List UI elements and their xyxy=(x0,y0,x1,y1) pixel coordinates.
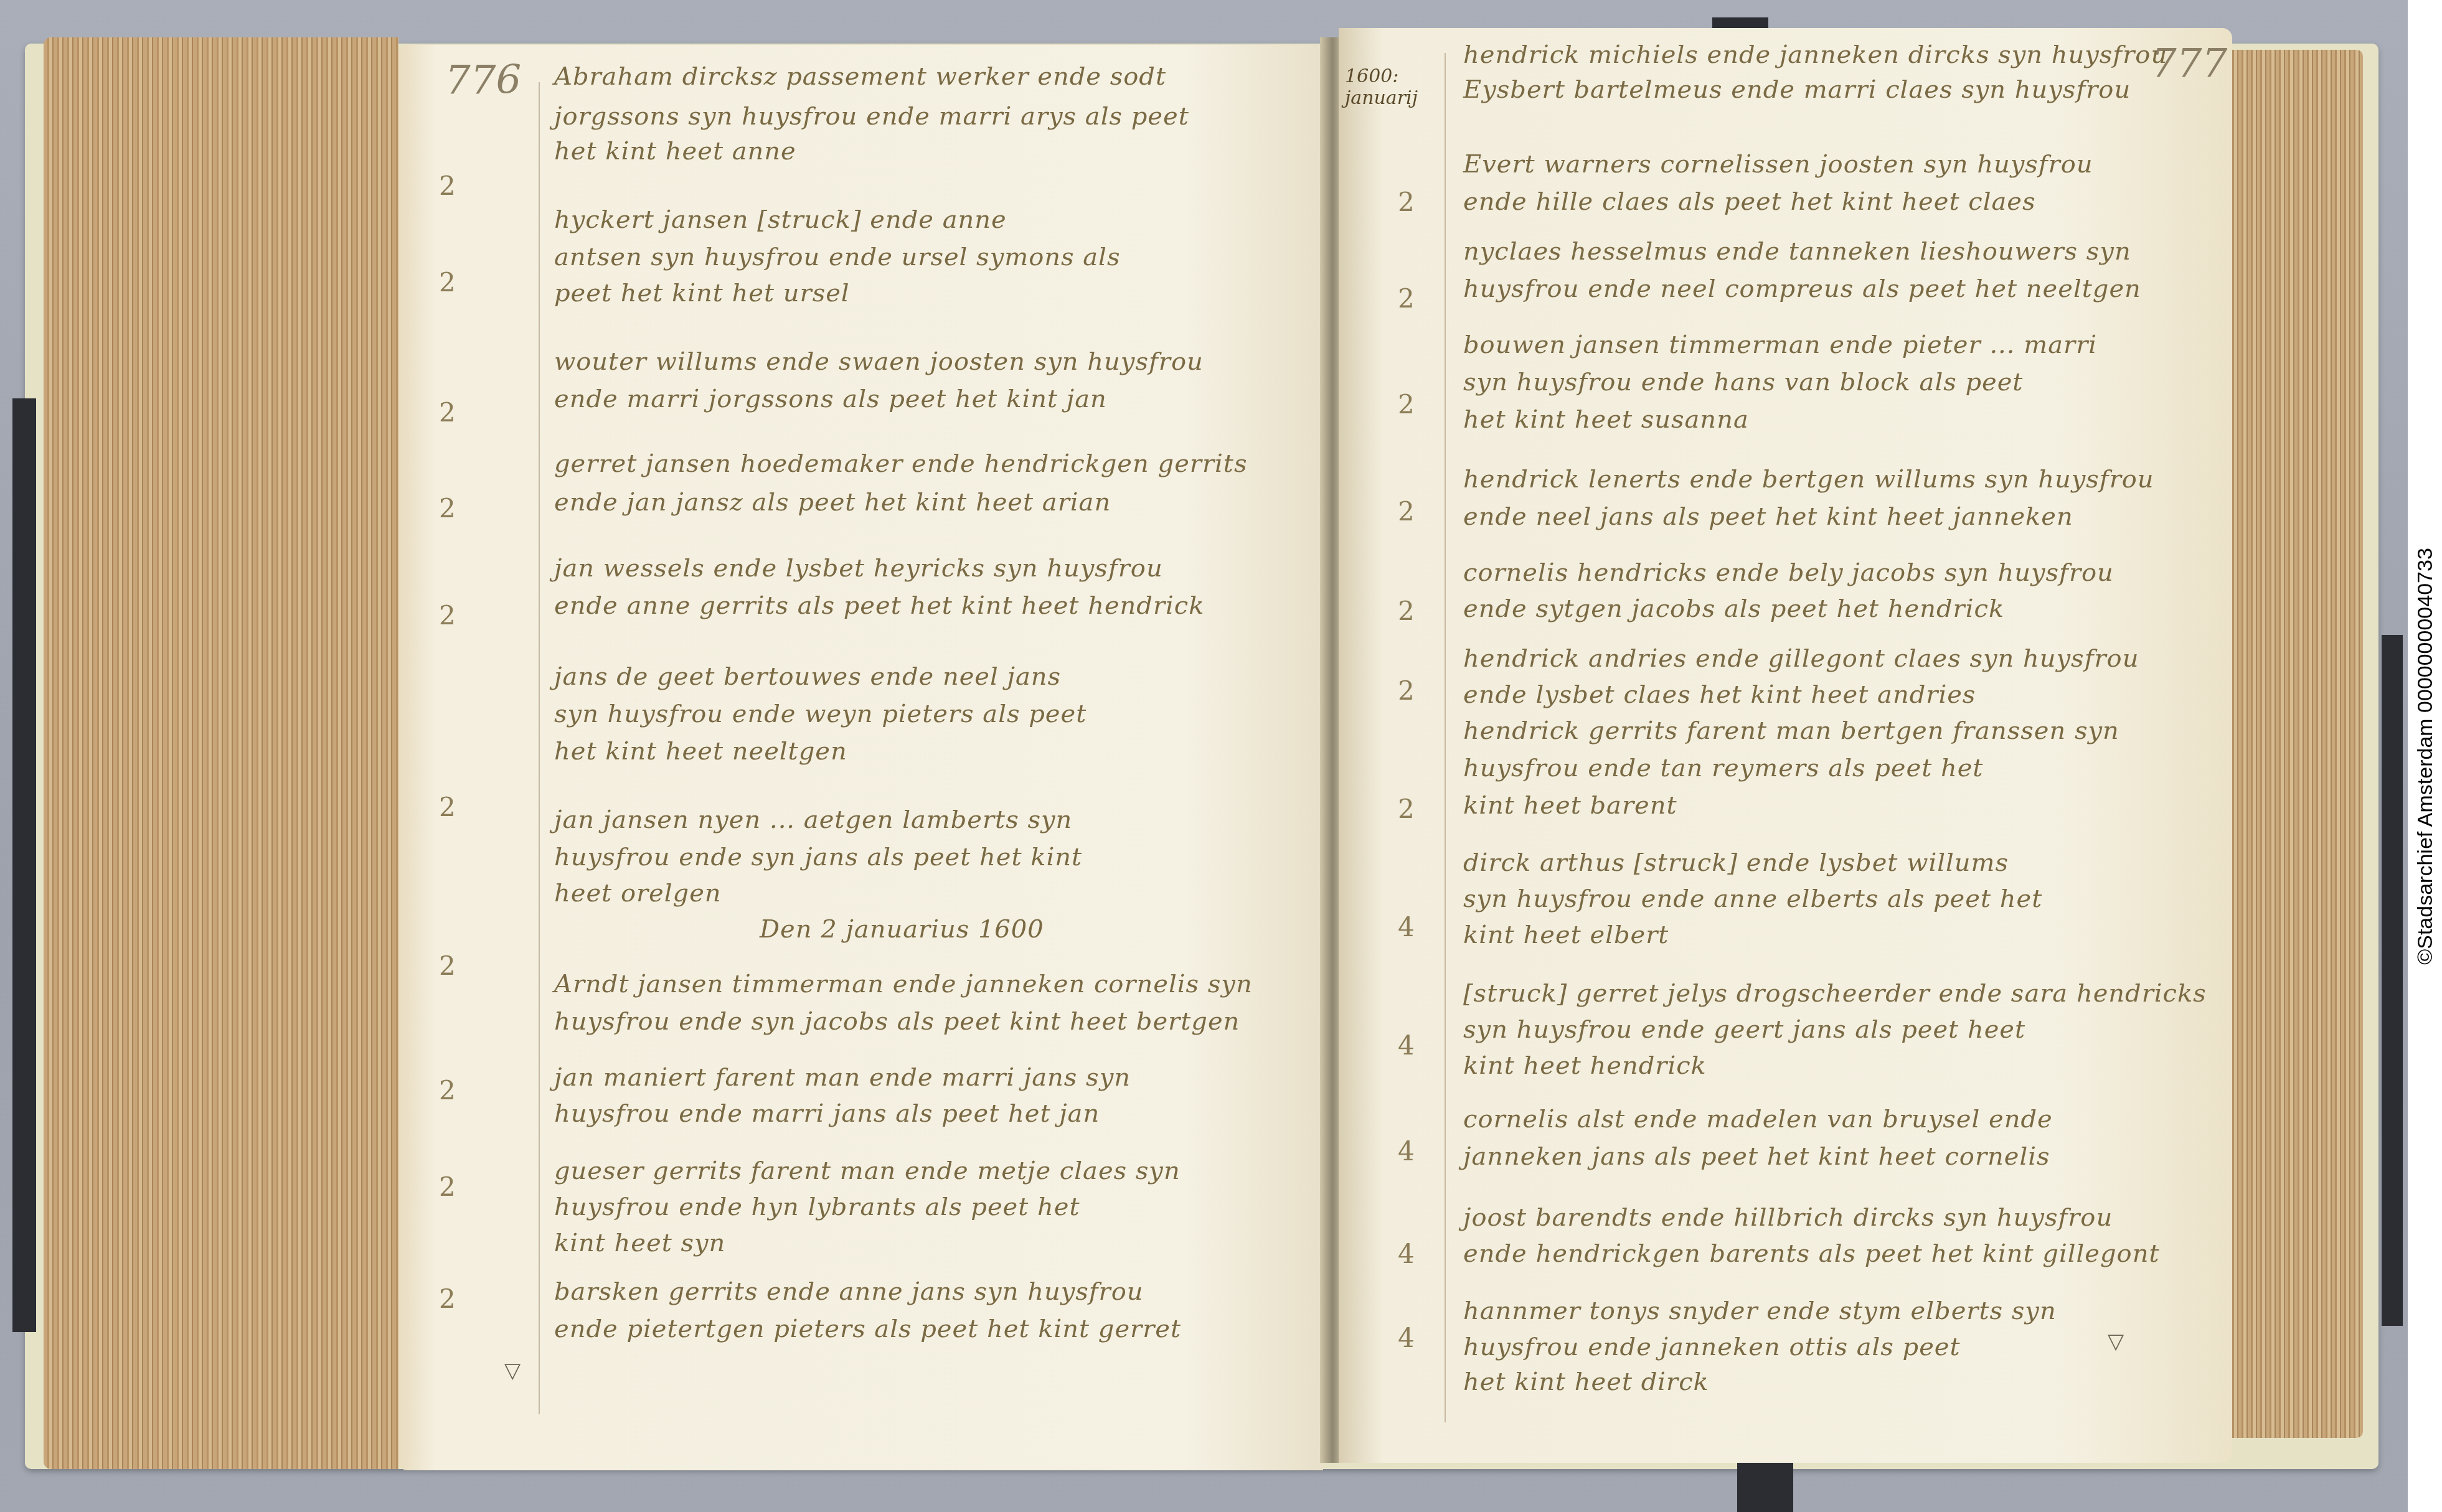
entry-line: nyclaes hesselmus ende tanneken lieshouw… xyxy=(1463,237,2131,266)
entry-line: barsken gerrits ende anne jans syn huysf… xyxy=(554,1277,1144,1306)
entry-line: cornelis alst ende madelen van bruysel e… xyxy=(1463,1105,2053,1134)
entry-line: Evert warners cornelissen joosten syn hu… xyxy=(1463,150,2093,179)
entry-line: syn huysfrou ende geert jans als peet he… xyxy=(1463,1015,2025,1044)
entry-line: kint heet syn xyxy=(554,1229,725,1257)
entry-line: syn huysfrou ende weyn pieters als peet xyxy=(554,700,1087,728)
copyright-strip: ©Stadsarchief Amsterdam 00000000040733 xyxy=(2408,0,2442,1512)
entry-line: het kint heet susanna xyxy=(1463,405,1749,434)
triangle-mark: ▽ xyxy=(2108,1329,2124,1354)
left-folio-number: 776 xyxy=(445,57,521,103)
right-page: 1600: januarij 777 2 2 2 2 2 2 2 4 4 4 4… xyxy=(1339,28,2232,1463)
entry-line: ende pietertgen pieters als peet het kin… xyxy=(554,1315,1181,1343)
entry-line: peet het kint het ursel xyxy=(554,279,850,308)
entry-line: heet orelgen xyxy=(554,879,722,908)
entry-line: syn huysfrou ende anne elberts als peet … xyxy=(1463,885,2042,913)
entry-line: jan wessels ende lysbet heyricks syn huy… xyxy=(554,554,1163,583)
entry-line: kint heet barent xyxy=(1463,791,1677,820)
entry-line: ende lysbet claes het kint heet andries xyxy=(1463,680,1976,709)
entry-line: hendrick lenerts ende bertgen willums sy… xyxy=(1463,465,2154,494)
entry-line: wouter willums ende swaen joosten syn hu… xyxy=(554,347,1204,376)
entry-line: het kint heet dirck xyxy=(1463,1368,1709,1396)
entry-line: hannmer tonys snyder ende stym elberts s… xyxy=(1463,1297,2057,1325)
entry-line: ende sytgen jacobs als peet het hendrick xyxy=(1463,594,2004,623)
date-heading: Den 2 januarius 1600 xyxy=(760,915,1044,944)
entry-line: hendrick gerrits farent man bertgen fran… xyxy=(1463,716,2119,745)
entry-line: huysfrou ende marri jans als peet het ja… xyxy=(554,1099,1100,1128)
entry-line: hendrick michiels ende janneken dircks s… xyxy=(1463,40,2167,69)
entry-line: huysfrou ende syn jans als peet het kint xyxy=(554,843,1082,871)
entry-line: kint heet elbert xyxy=(1463,921,1669,949)
entry-line: syn huysfrou ende hans van block als pee… xyxy=(1463,368,2023,397)
entry-line: antsen syn huysfrou ende ursel symons al… xyxy=(554,243,1120,271)
entry-line: Eysbert bartelmeus ende marri claes syn … xyxy=(1463,75,2131,104)
entry-line: huysfrou ende janneken ottis als peet xyxy=(1463,1333,1961,1361)
right-margin-rule xyxy=(1445,53,1446,1422)
entry-line: ende anne gerrits als peet het kint heet… xyxy=(554,591,1205,620)
entry-line: dirck arthus [struck] ende lysbet willum… xyxy=(1463,848,2009,877)
entry-line: hyckert jansen [struck] ende anne xyxy=(554,205,1007,234)
entry-line: hendrick andries ende gillegont claes sy… xyxy=(1463,644,2139,673)
entry-line: ende neel jans als peet het kint heet ja… xyxy=(1463,502,2073,531)
entry-line: gueser gerrits farent man ende metje cla… xyxy=(554,1157,1181,1185)
entry-line: bouwen jansen timmerman ende pieter ... … xyxy=(1463,331,2097,359)
entry-line: jans de geet bertouwes ende neel jans xyxy=(554,662,1061,691)
entry-line: ende hendrickgen barents als peet het ki… xyxy=(1463,1239,2159,1268)
left-margin-rule xyxy=(539,82,540,1414)
entry-line: ende jan jansz als peet het kint heet ar… xyxy=(554,488,1111,517)
entry-line: janneken jans als peet het kint heet cor… xyxy=(1463,1142,2050,1171)
right-strap xyxy=(2382,635,2403,1326)
entry-line: het kint heet anne xyxy=(554,137,796,166)
entry-line: huysfrou ende syn jacobs als peet kint h… xyxy=(554,1007,1240,1036)
entry-line: Abraham dircksz passement werker ende so… xyxy=(554,62,1166,91)
triangle-mark: ▽ xyxy=(504,1358,521,1383)
entry-line: huysfrou ende hyn lybrants als peet het xyxy=(554,1193,1080,1221)
entry-line: het kint heet neeltgen xyxy=(554,737,847,766)
entry-line: Arndt jansen timmerman ende janneken cor… xyxy=(554,970,1253,998)
right-page-block-edge xyxy=(2229,50,2363,1438)
entry-line: cornelis hendricks ende bely jacobs syn … xyxy=(1463,558,2114,587)
entry-line: jan jansen nyen ... aetgen lamberts syn xyxy=(554,805,1072,834)
entry-line: jan maniert farent man ende marri jans s… xyxy=(554,1063,1131,1092)
copyright-text: ©Stadsarchief Amsterdam 00000000040733 xyxy=(2413,548,2437,965)
left-page: 776 2 2 2 2 2 2 2 2 2 2 Abraham dircksz … xyxy=(398,45,1323,1470)
entry-line: ende marri jorgssons als peet het kint j… xyxy=(554,385,1107,413)
entry-line: [struck] gerret jelys drogscheerder ende… xyxy=(1463,979,2207,1008)
entry-line: jorgssons syn huysfrou ende marri arys a… xyxy=(554,102,1189,131)
entry-line: gerret jansen hoedemaker ende hendrickge… xyxy=(554,449,1247,478)
bottom-ribbon xyxy=(1737,1460,1793,1512)
entry-line: ende hille claes als peet het kint heet … xyxy=(1463,187,2035,216)
entry-line: huysfrou ende neel compreus als peet het… xyxy=(1463,275,2141,303)
entry-line: kint heet hendrick xyxy=(1463,1051,1707,1080)
left-strap xyxy=(12,398,36,1332)
left-page-block-edge xyxy=(44,37,398,1469)
entry-line: huysfrou ende tan reymers als peet het xyxy=(1463,754,1983,782)
margin-date-note: 1600: januarij xyxy=(1345,65,1438,109)
entry-line: joost barendts ende hillbrich dircks syn… xyxy=(1463,1203,2113,1232)
